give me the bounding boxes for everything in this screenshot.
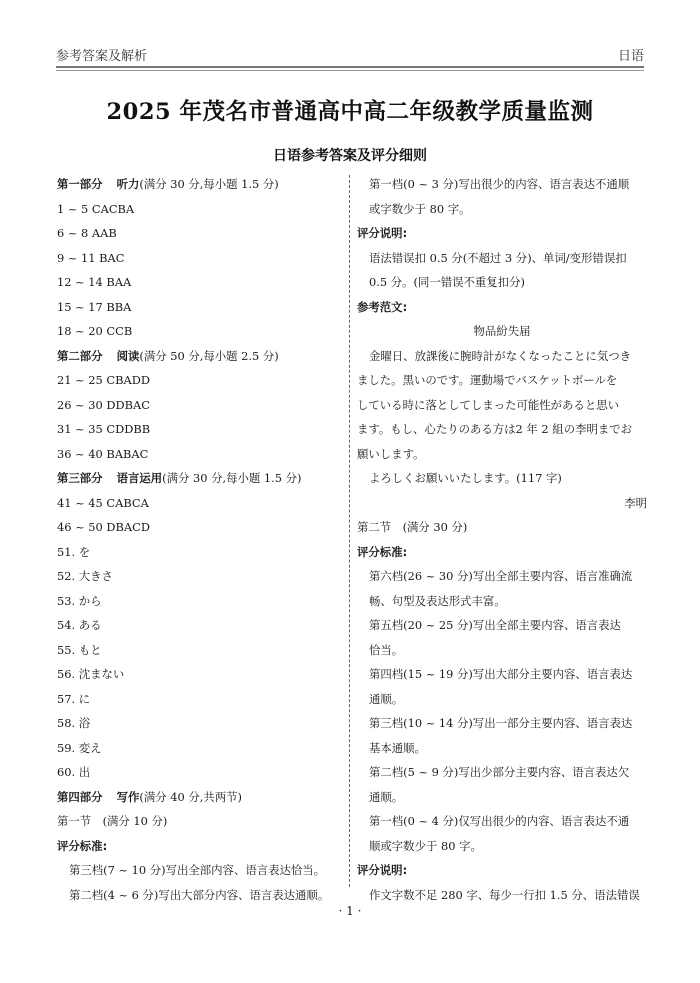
column-divider [349,175,350,887]
notes-line: 0.5 分。(同一错误不重复扣分) [357,270,647,295]
header-rule [56,66,644,71]
part3-heading: 第三部分语言运用(满分 30 分,每小题 1.5 分) [57,466,339,491]
answer-line: 52. 大きさ [57,564,339,589]
part1-heading: 第一部分听力(满分 30 分,每小题 1.5 分) [57,172,339,197]
sample-line: 願いします。 [357,442,647,467]
criteria-line: 第三档(7 ~ 10 分)写出全部内容、语言表达恰当。 [57,858,339,883]
page-number: · 1 · [0,904,700,918]
sample-title: 物品紛失届 [357,319,647,344]
answer-line: 46 ~ 50 DBACD [57,515,339,540]
section2-title: 第二节 (满分 30 分) [357,515,647,540]
criteria-line: 恰当。 [357,638,647,663]
criteria-line: 顺或字数少于 80 字。 [357,834,647,859]
criteria-line: 第五档(20 ~ 25 分)写出全部主要内容、语言表达 [357,613,647,638]
part-name: 第二部分 [57,349,103,363]
answer-line: 21 ~ 25 CBADD [57,368,339,393]
sample-line: 金曜日、放課後に腕時計がなくなったことに気つき [357,344,647,369]
criteria-line: 或字数少于 80 字。 [357,197,647,222]
notes-label: 评分说明: [357,858,647,883]
part-topic: 阅读 [117,349,140,363]
criteria-label: 评分标准: [57,834,339,859]
answer-line: 59. 変え [57,736,339,761]
criteria-line: 第六档(26 ~ 30 分)写出全部主要内容、语言准确流 [357,564,647,589]
header-right-label: 日语 [618,45,644,64]
part-name: 第三部分 [57,471,103,485]
criteria-line: 通顺。 [357,785,647,810]
part-topic: 听力 [117,177,140,191]
criteria-line: 通顺。 [357,687,647,712]
header-left-label: 参考答案及解析 [56,45,147,64]
sample-signature: 李明 [357,491,647,516]
answer-line: 15 ~ 17 BBA [57,295,339,320]
part-desc: (满分 30 分,每小题 1.5 分) [162,471,301,485]
right-column: 第一档(0 ~ 3 分)写出很少的内容、语言表达不通顺 或字数少于 80 字。 … [357,172,647,907]
answer-line: 36 ~ 40 BABAC [57,442,339,467]
answer-line: 51. を [57,540,339,565]
running-header: 参考答案及解析 日语 [56,44,644,64]
answer-line: 1 ~ 5 CACBA [57,197,339,222]
criteria-label: 评分标准: [357,540,647,565]
criteria-line: 第四档(15 ~ 19 分)写出大部分主要内容、语言表达 [357,662,647,687]
sample-line: ました。黒いのです。運動場でバスケットボールを [357,368,647,393]
sample-label: 参考范文: [357,295,647,320]
answer-line: 56. 沈まない [57,662,339,687]
answer-line: 31 ~ 35 CDDBB [57,417,339,442]
answer-line: 60. 出 [57,760,339,785]
criteria-line: 第二档(5 ~ 9 分)写出少部分主要内容、语言表达欠 [357,760,647,785]
part-topic: 语言运用 [117,471,163,485]
page-title: 2025 年茂名市普通高中高二年级教学质量监测 [0,94,700,126]
page-subtitle: 日语参考答案及评分细则 [0,145,700,165]
answer-line: 26 ~ 30 DDBAC [57,393,339,418]
sample-line: ます。もし、心たりのある方は2 年 2 組の李明までお [357,417,647,442]
answer-line: 53. から [57,589,339,614]
part-desc: (满分 40 分,共两节) [139,790,242,804]
part-desc: (满分 50 分,每小题 2.5 分) [139,349,278,363]
criteria-line: 第一档(0 ~ 3 分)写出很少的内容、语言表达不通顺 [357,172,647,197]
answer-line: 12 ~ 14 BAA [57,270,339,295]
part4-heading: 第四部分写作(满分 40 分,共两节) [57,785,339,810]
answer-line: 18 ~ 20 CCB [57,319,339,344]
criteria-line: 基本通顺。 [357,736,647,761]
part-desc: (满分 30 分,每小题 1.5 分) [139,177,278,191]
answer-line: 57. に [57,687,339,712]
section1-title: 第一节 (满分 10 分) [57,809,339,834]
sample-line: している時に落としてしまった可能性があると思い [357,393,647,418]
criteria-line: 畅、句型及表达形式丰富。 [357,589,647,614]
part2-heading: 第二部分阅读(满分 50 分,每小题 2.5 分) [57,344,339,369]
criteria-line: 第三档(10 ~ 14 分)写出一部分主要内容、语言表达 [357,711,647,736]
answer-line: 6 ~ 8 AAB [57,221,339,246]
answer-line: 54. ある [57,613,339,638]
left-column: 第一部分听力(满分 30 分,每小题 1.5 分) 1 ~ 5 CACBA 6 … [57,172,339,907]
part-name: 第一部分 [57,177,103,191]
part-name: 第四部分 [57,790,103,804]
sample-line: よろしくお願いいたします。(117 字) [357,466,647,491]
criteria-line: 第一档(0 ~ 4 分)仅写出很少的内容、语言表达不通 [357,809,647,834]
answer-line: 9 ~ 11 BAC [57,246,339,271]
answer-line: 41 ~ 45 CABCA [57,491,339,516]
answer-line: 55. もと [57,638,339,663]
notes-label: 评分说明: [357,221,647,246]
part-topic: 写作 [117,790,140,804]
answer-line: 58. 浴 [57,711,339,736]
notes-line: 语法错误扣 0.5 分(不超过 3 分)、单词/变形错误扣 [357,246,647,271]
